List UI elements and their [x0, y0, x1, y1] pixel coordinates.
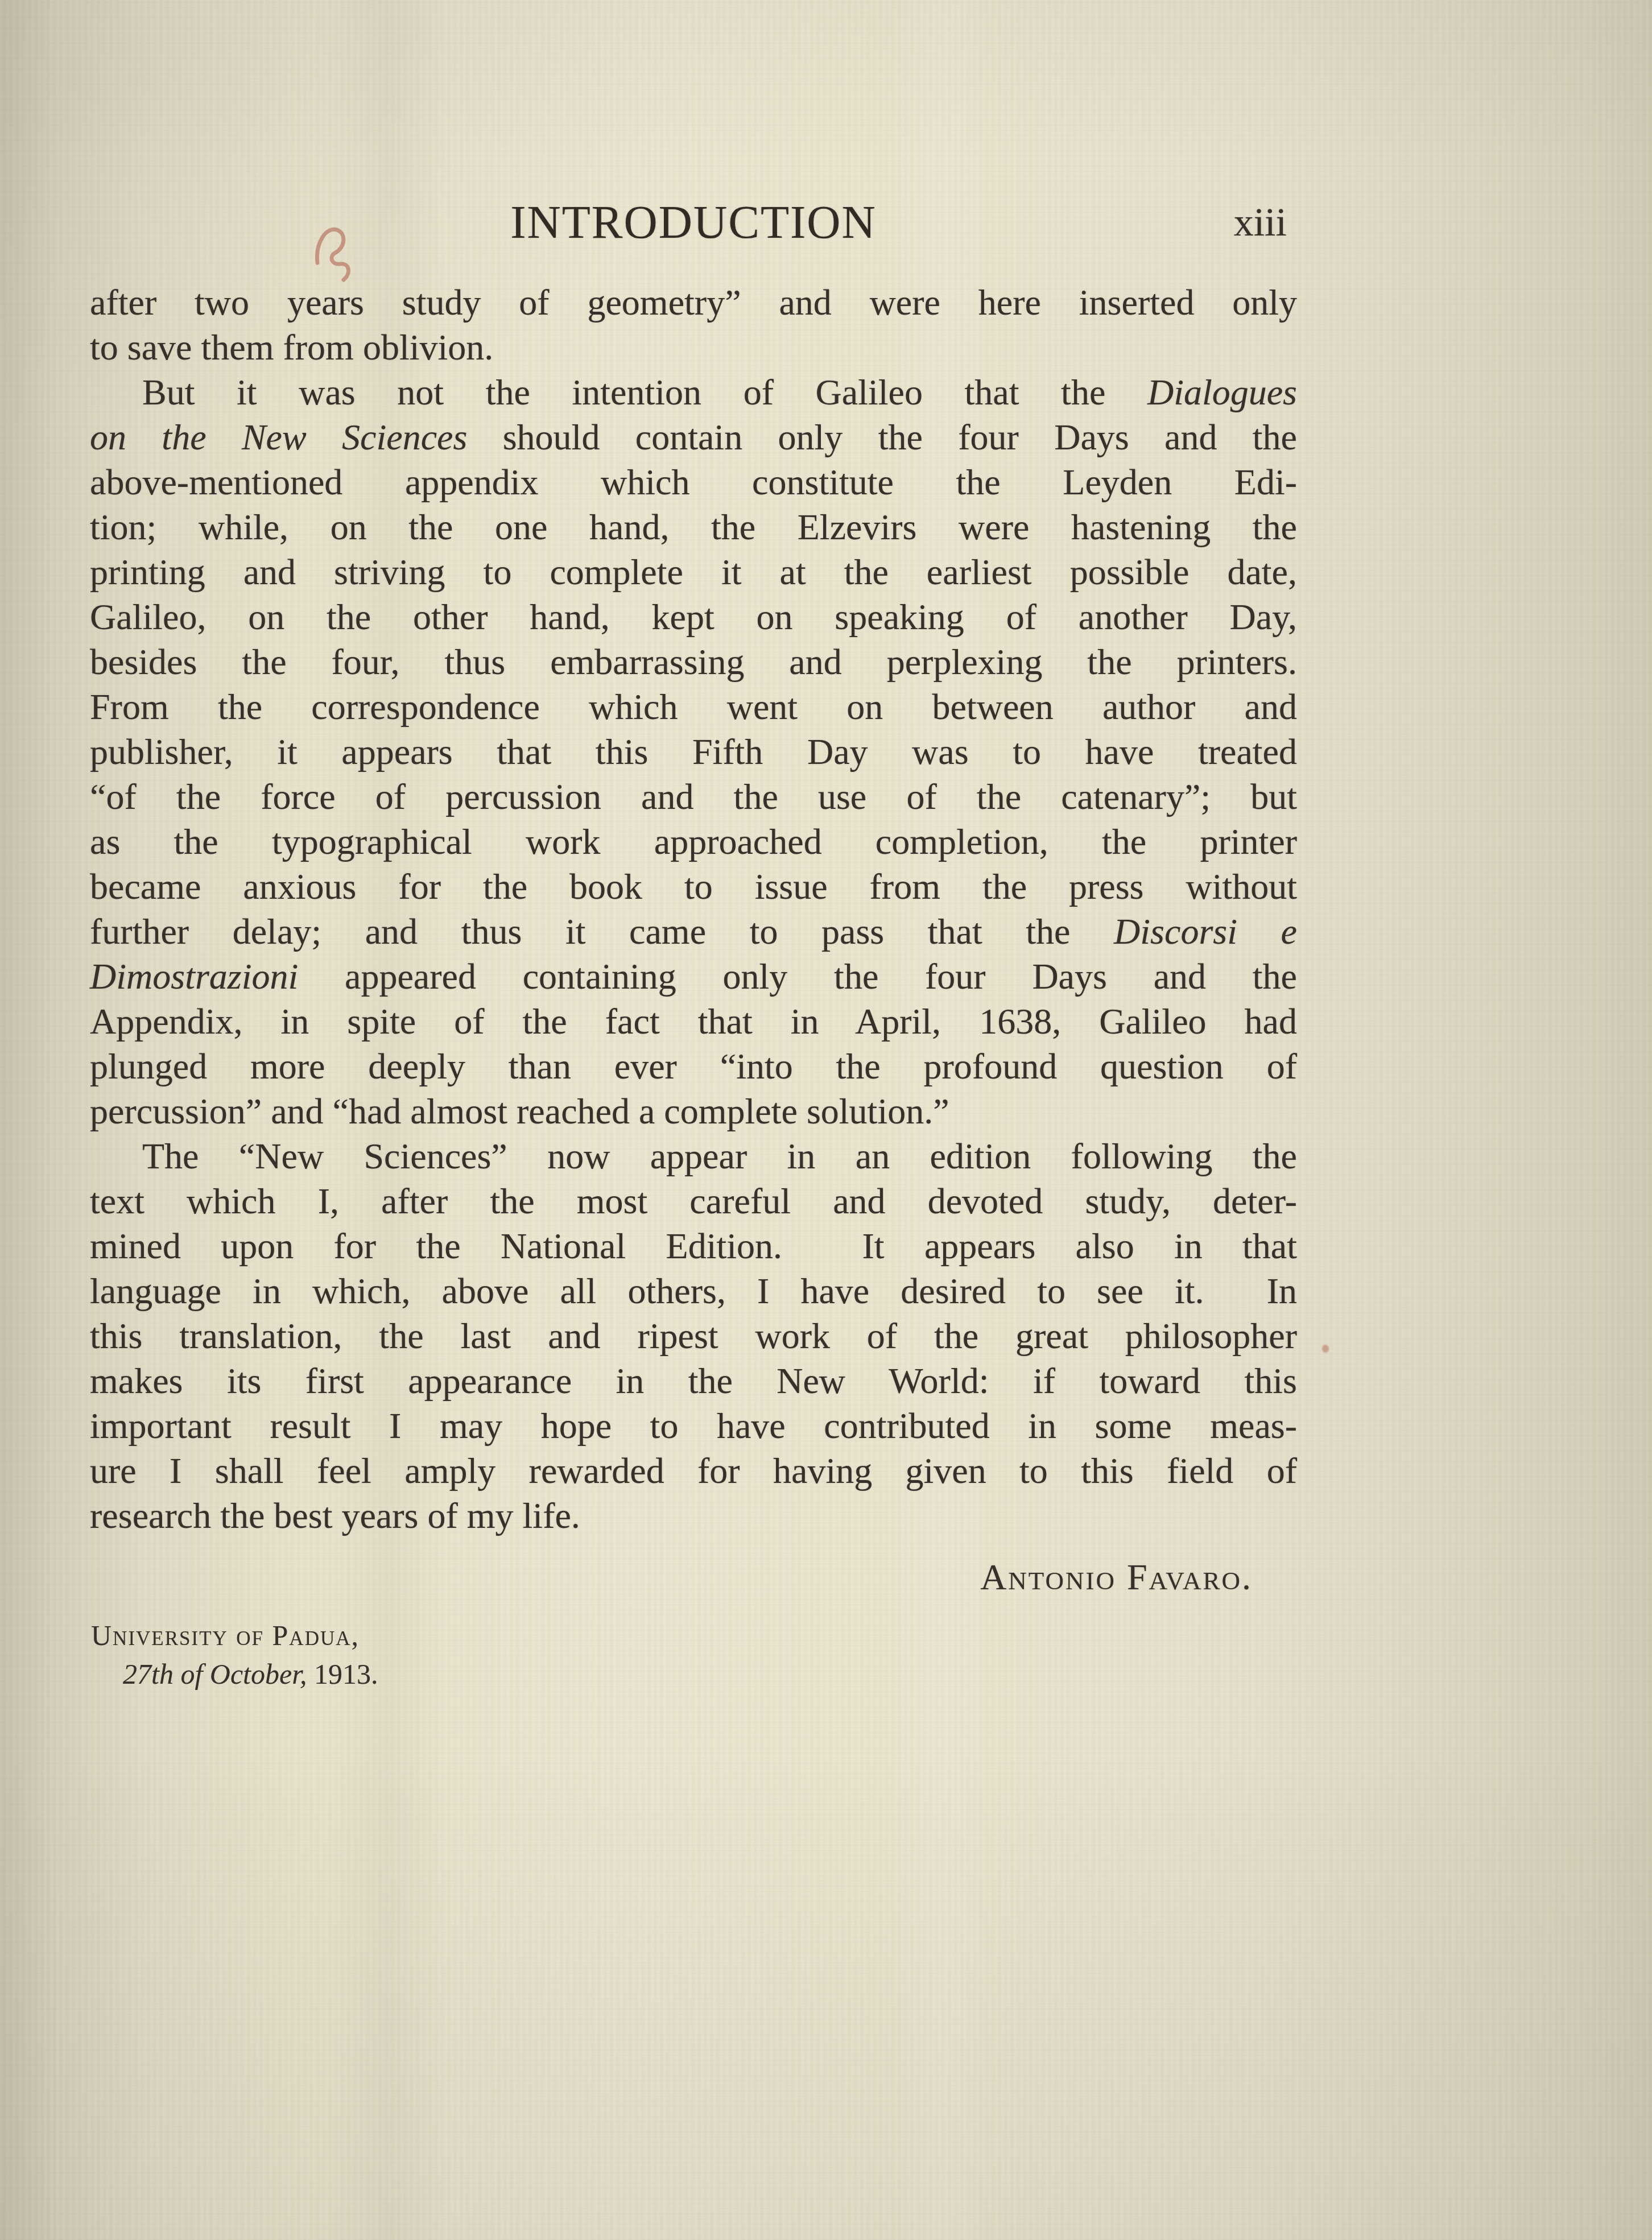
- text-segment: printing and striving to complete it at …: [90, 552, 1297, 592]
- text-segment: language in which, above all others, I h…: [90, 1271, 1297, 1311]
- text-line: publisher, it appears that this Fifth Da…: [90, 729, 1297, 774]
- page-header: INTRODUCTION xiii: [90, 196, 1297, 253]
- text-segment: should contain only the four Days and th…: [467, 417, 1297, 457]
- text-segment: this translation, the last and ripest wo…: [90, 1316, 1297, 1356]
- text-segment: research the best years of my life.: [90, 1495, 580, 1536]
- text-line: important result I may hope to have cont…: [90, 1403, 1297, 1448]
- text-segment: after two years study of geometry” and w…: [90, 282, 1297, 323]
- text-line: as the typographical work approached com…: [90, 819, 1297, 864]
- italic-text-segment: Discorsi e: [1114, 911, 1297, 952]
- text-segment: appeared containing only the four Days a…: [298, 956, 1297, 997]
- text-segment: ure I shall feel amply rewarded for havi…: [90, 1450, 1297, 1491]
- text-segment: besides the four, thus embarrassing and …: [90, 642, 1297, 682]
- text-segment: tion; while, on the one hand, the Elzevi…: [90, 507, 1297, 547]
- text-line: language in which, above all others, I h…: [90, 1268, 1297, 1313]
- text-line: research the best years of my life.: [90, 1493, 1297, 1538]
- text-segment: important result I may hope to have cont…: [90, 1406, 1297, 1446]
- text-line: on the New Sciences should contain only …: [90, 415, 1297, 460]
- text-segment: Galileo, on the other hand, kept on spea…: [90, 597, 1297, 637]
- text-line: makes its first appearance in the New Wo…: [90, 1358, 1297, 1403]
- text-line: text which I, after the most careful and…: [90, 1179, 1297, 1224]
- italic-text-segment: Dialogues: [1147, 372, 1297, 412]
- text-segment: mined upon for the National Edition. It …: [90, 1226, 1297, 1266]
- text-segment: Appendix, in spite of the fact that in A…: [90, 1001, 1297, 1042]
- text-line: this translation, the last and ripest wo…: [90, 1313, 1297, 1358]
- text-line: became anxious for the book to issue fro…: [90, 864, 1297, 909]
- text-line: “of the force of percussion and the use …: [90, 774, 1297, 819]
- text-segment: “of the force of percussion and the use …: [90, 776, 1297, 817]
- text-line: to save them from oblivion.: [90, 325, 1297, 370]
- text-segment: further delay; and thus it came to pass …: [90, 911, 1114, 952]
- text-line: after two years study of geometry” and w…: [90, 280, 1297, 325]
- text-line: mined upon for the National Edition. It …: [90, 1224, 1297, 1268]
- text-line: plunged more deeply than ever “into the …: [90, 1044, 1297, 1089]
- book-page: INTRODUCTION xiii after two years study …: [0, 0, 1652, 2240]
- introduction-text: after two years study of geometry” and w…: [90, 280, 1297, 1538]
- text-segment: to save them from oblivion.: [90, 327, 493, 367]
- text-line: From the correspondence which went on be…: [90, 684, 1297, 729]
- text-line: ure I shall feel amply rewarded for havi…: [90, 1448, 1297, 1493]
- text-segment: percussion” and “had almost reached a co…: [90, 1091, 949, 1131]
- text-segment: makes its first appearance in the New Wo…: [90, 1361, 1297, 1401]
- author-signature: Antonio Favaro.: [90, 1556, 1297, 1598]
- text-segment: became anxious for the book to issue fro…: [90, 866, 1297, 907]
- text-segment: plunged more deeply than ever “into the …: [90, 1046, 1297, 1086]
- text-line: besides the four, thus embarrassing and …: [90, 639, 1297, 684]
- text-line: printing and striving to complete it at …: [90, 549, 1297, 594]
- text-line: tion; while, on the one hand, the Elzevi…: [90, 505, 1297, 549]
- affiliation-date-italic: 27th of October,: [123, 1658, 307, 1690]
- page-number: xiii: [1234, 200, 1287, 246]
- text-line: But it was not the intention of Galileo …: [90, 370, 1297, 415]
- text-segment: But it was not the intention of Galileo …: [142, 372, 1147, 412]
- text-line: Appendix, in spite of the fact that in A…: [90, 999, 1297, 1044]
- text-segment: text which I, after the most careful and…: [90, 1181, 1297, 1221]
- affiliation-year: 1913.: [307, 1658, 378, 1690]
- italic-text-segment: on the New Sciences: [90, 417, 467, 457]
- text-line: further delay; and thus it came to pass …: [90, 909, 1297, 954]
- text-segment: above-mentioned appendix which constitut…: [90, 462, 1297, 502]
- affiliation-date: 27th of October, 1913.: [123, 1658, 378, 1691]
- text-segment: From the correspondence which went on be…: [90, 687, 1297, 727]
- text-segment: publisher, it appears that this Fifth Da…: [90, 731, 1297, 772]
- italic-text-segment: Dimostrazioni: [90, 956, 298, 997]
- text-segment: The “New Sciences” now appear in an edit…: [142, 1136, 1297, 1176]
- red-pencil-dot: [1322, 1345, 1329, 1353]
- text-line: above-mentioned appendix which constitut…: [90, 460, 1297, 505]
- page-title: INTRODUCTION: [90, 196, 1297, 249]
- affiliation-institution: University of Padua,: [91, 1619, 360, 1652]
- text-line: Galileo, on the other hand, kept on spea…: [90, 594, 1297, 639]
- text-line: Dimostrazioni appeared containing only t…: [90, 954, 1297, 999]
- text-line: The “New Sciences” now appear in an edit…: [90, 1134, 1297, 1179]
- text-segment: as the typographical work approached com…: [90, 821, 1297, 862]
- text-line: percussion” and “had almost reached a co…: [90, 1089, 1297, 1134]
